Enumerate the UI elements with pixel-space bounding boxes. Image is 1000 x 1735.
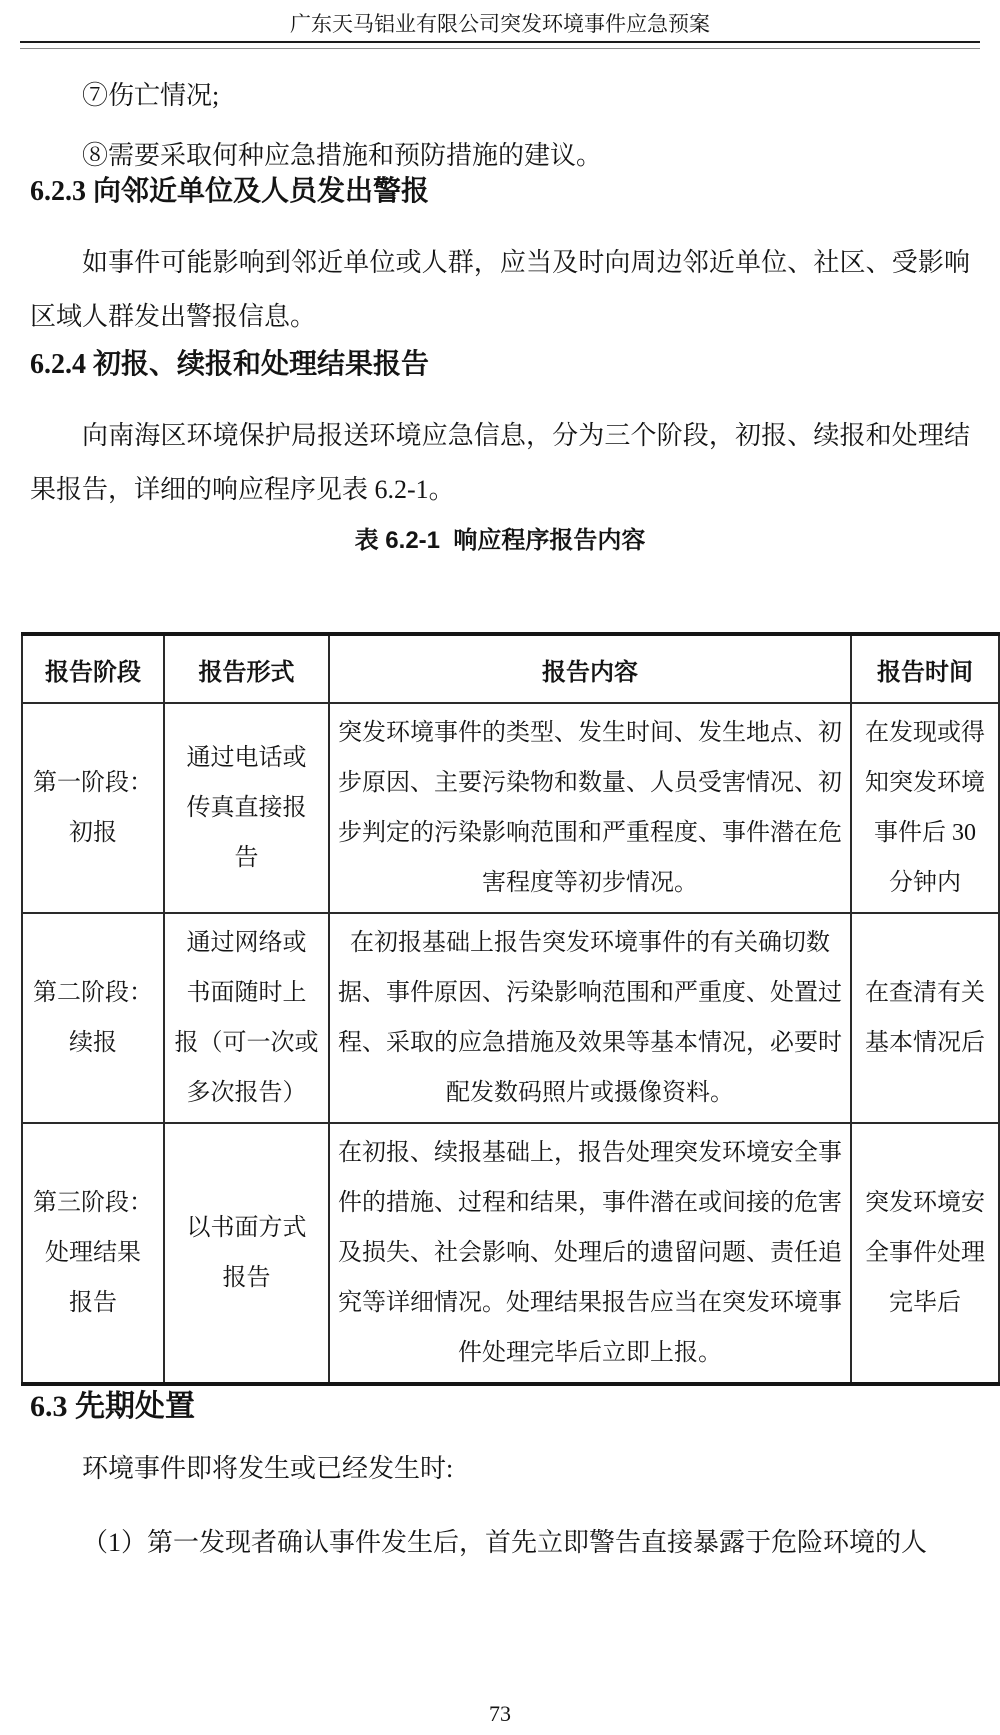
cell-form: 通过电话或 传真直接报 告 [164,703,329,913]
cell-time: 在查清有关 基本情况后 [851,913,999,1123]
paragraph-6-2-3: 如事件可能影响到邻近单位或人群，应当及时向周边邻近单位、社区、受影响区域人群发出… [30,236,970,344]
header-cell-content: 报告内容 [329,634,851,703]
cell-content: 在初报、续报基础上，报告处理突发环境安全事 件的措施、过程和结果，事件潜在或间接… [329,1123,851,1384]
response-procedure-table: 报告阶段 报告形式 报告内容 报告时间 第一阶段： 初报 通过电话或 传真直接报… [21,632,1000,1386]
document-page: 广东天马铝业有限公司突发环境事件应急预案 ⑦伤亡情况; ⑧需要采取何种应急措施和… [0,0,1000,1735]
heading-text: 初报、续报和处理结果报告 [93,348,429,379]
cell-stage: 第三阶段： 处理结果 报告 [22,1123,164,1384]
page-header: 广东天马铝业有限公司突发环境事件应急预案 [0,0,1000,38]
cell-stage: 第一阶段： 初报 [22,703,164,913]
section-heading-6-3: 6.3 先期处置 [30,1386,970,1428]
header-title: 广东天马铝业有限公司突发环境事件应急预案 [0,10,1000,38]
table-row: 第一阶段： 初报 通过电话或 传真直接报 告 突发环境事件的类型、发生时间、发生… [22,703,999,913]
paragraph-6-2-4: 向南海区环境保护局报送环境应急信息，分为三个阶段，初报、续报和处理结果报告，详细… [30,409,970,517]
heading-number: 6.3 [30,1390,68,1423]
header-cell-time: 报告时间 [851,634,999,703]
cell-time: 在发现或得 知突发环境 事件后 30 分钟内 [851,703,999,913]
page-content: ⑦伤亡情况; ⑧需要采取何种应急措施和预防措施的建议。 6.2.3 向邻近单位及… [0,81,1000,557]
page-number: 73 [489,1701,511,1726]
heading-number: 6.2.3 [30,176,86,207]
cell-form: 通过网络或 书面随时上 报（可一次或 多次报告） [164,913,329,1123]
paragraph-6-3-intro: 环境事件即将发生或已经发生时: [30,1454,970,1484]
heading-text: 先期处置 [75,1390,195,1423]
heading-number: 6.2.4 [30,349,86,380]
header-cell-stage: 报告阶段 [22,634,164,703]
page-content-lower: 6.3 先期处置 环境事件即将发生或已经发生时: （1）第一发现者确认事件发生后… [0,1386,1000,1558]
cell-form: 以书面方式 报告 [164,1123,329,1384]
cell-content: 突发环境事件的类型、发生时间、发生地点、初 步原因、主要污染物和数量、人员受害情… [329,703,851,913]
header-cell-form: 报告形式 [164,634,329,703]
table-row: 第二阶段： 续报 通过网络或 书面随时上 报（可一次或 多次报告） 在初报基础上… [22,913,999,1123]
list-item-8: ⑧需要采取何种应急措施和预防措施的建议。 [30,141,970,171]
heading-text: 向邻近单位及人员发出警报 [93,175,429,206]
cell-stage: 第二阶段： 续报 [22,913,164,1123]
list-item-7: ⑦伤亡情况; [30,81,970,111]
header-rule-strong [20,41,980,43]
table-row: 第三阶段： 处理结果 报告 以书面方式 报告 在初报、续报基础上，报告处理突发环… [22,1123,999,1384]
page-footer: 73 [0,1701,1000,1727]
table-header-row: 报告阶段 报告形式 报告内容 报告时间 [22,634,999,703]
table-caption: 表 6.2-1 响应程序报告内容 [30,525,970,557]
cell-time: 突发环境安 全事件处理 完毕后 [851,1123,999,1384]
section-heading-6-2-3: 6.2.3 向邻近单位及人员发出警报 [30,171,970,212]
cell-content: 在初报基础上报告突发环境事件的有关确切数 据、事件原因、污染影响范围和严重度、处… [329,913,851,1123]
paragraph-6-3-item-1: （1）第一发现者确认事件发生后，首先立即警告直接暴露于危险环境的人 [30,1528,970,1558]
section-heading-6-2-4: 6.2.4 初报、续报和处理结果报告 [30,344,970,385]
header-rule-thin [20,48,980,49]
